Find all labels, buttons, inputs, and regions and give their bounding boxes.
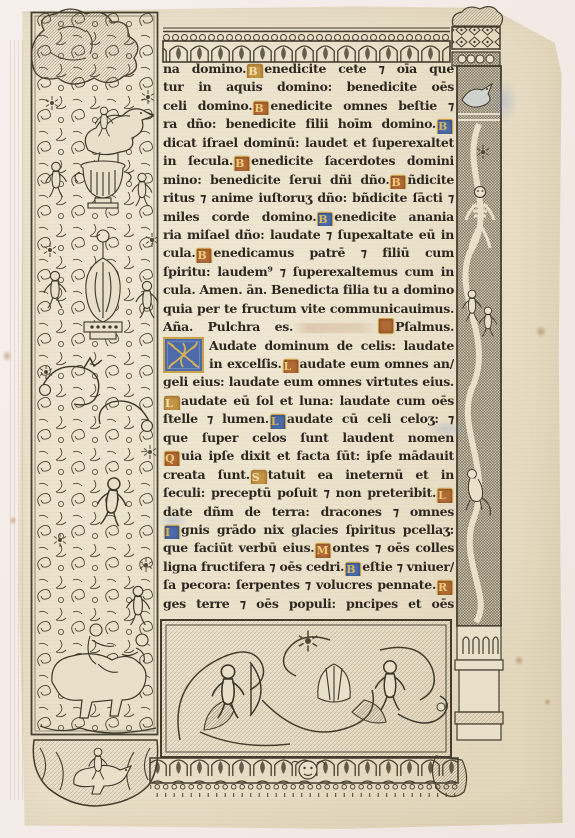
gothic-text: Audate dominum de celis: laudate euʒ: [209, 338, 454, 355]
gothic-text: que faciūt verbū eius.: [163, 540, 314, 555]
text-line-20: ſtelle ⁊ lumen.Laudate cū celi celoʒ: ⁊ …: [163, 410, 454, 428]
text-line-15: Aña. Pulchra es.Pſalmus.: [163, 318, 454, 336]
illuminated-initial: L: [271, 415, 285, 428]
gothic-text: audate eū ſol et luna: laudate cum oēs: [181, 393, 454, 408]
text-line-23: creata ſunt.Statuit ea ineternū et in ſe…: [163, 466, 454, 484]
gothic-text: geli eius: laudate eum omnes virtutes ei…: [163, 374, 454, 389]
illuminated-initial: L: [284, 360, 298, 373]
gothic-text: miles corde domino.: [163, 209, 316, 224]
text-line-19: Laudate eū ſol et luna: laudate cum oēs: [163, 392, 454, 410]
gothic-text: uia ipſe dixit et facta ſūt: ipſe mādaui…: [163, 448, 454, 465]
text-block: na domino.Benedicite cete ⁊ oīa que moue…: [163, 60, 454, 613]
illuminated-initial: B: [438, 120, 452, 133]
illuminated-initial: R: [438, 581, 452, 594]
text-line-6: in ſecula.Benedicite ſacerdotes domini d…: [163, 152, 454, 170]
text-line-5: dicat iſrael dominū: laudet et ſuperexal…: [163, 134, 454, 152]
gothic-text: na domino.: [163, 61, 246, 76]
text-line-24: ſeculi: preceptū poſuit ⁊ non preteribit…: [163, 484, 454, 502]
bottom-panel-woodcut: [161, 620, 451, 757]
gothic-text: ges terre ⁊ oēs populi: pncipes et oēs i…: [163, 596, 454, 613]
text-line-26: Ignis grādo nix glacies ſpiritus pcellaʒ…: [163, 521, 454, 539]
gothic-text: in ſecula.: [163, 153, 233, 168]
text-line-30: ges terre ⁊ oēs populi: pncipes et oēs i…: [163, 595, 454, 613]
text-line-1: na domino.Benedicite cete ⁊ oīa que moue…: [163, 60, 454, 78]
text-line-17: in excelſis.Laudate eum omnes an/: [163, 355, 454, 373]
gothic-text: Aña. Pulchra es.: [163, 319, 293, 334]
gothic-text: quia per te fructum vite communicauimus.: [163, 301, 454, 316]
illuminated-initial: B: [235, 157, 249, 170]
gothic-text: ligna fructifera ⁊ oēs cedri.: [163, 559, 344, 574]
illuminated-initial: B: [391, 176, 405, 189]
illuminated-initial: L: [438, 489, 452, 502]
gothic-text: ſa pecora: ſerpentes ⁊ volucres pennate.: [163, 577, 436, 592]
gothic-text: Pſalmus.: [395, 319, 454, 334]
show-through-smudge: [293, 323, 377, 333]
text-line-3: celi domino.Benedicite omnes beſtie ⁊ pe…: [163, 97, 454, 115]
gothic-text: ontes ⁊ oēs colles: [332, 540, 454, 555]
text-line-28: ligna fructifera ⁊ oēs cedri.Beſtie ⁊ vn…: [163, 558, 454, 576]
corner-ornament-block: [452, 7, 503, 66]
gothic-text: audate eum omnes an/: [300, 356, 455, 371]
gothic-text: celi domino.: [163, 98, 252, 113]
text-line-11: cula.Benedicamus patrē ⁊ filiū cum ſanct…: [163, 244, 454, 262]
text-line-14: quia per te fructum vite communicauimus.: [163, 300, 454, 318]
gothic-text: ſtelle ⁊ lumen.: [163, 411, 269, 426]
arcade-pedestal: [455, 626, 503, 740]
illuminated-initial: B: [346, 563, 360, 576]
illuminated-initial: [379, 319, 393, 334]
illuminated-initial: S: [252, 471, 266, 484]
corner-cartouche: [33, 740, 157, 806]
illuminated-initial: I: [165, 526, 179, 539]
big-initial-L: [163, 337, 204, 373]
illuminated-initial: B: [254, 102, 268, 115]
illuminated-initial: Q: [165, 452, 179, 465]
text-line-25: date dñm de terra: dracones ⁊ omnes abyſ…: [163, 503, 454, 521]
gothic-text: eſtie ⁊ vniuer/: [362, 559, 454, 574]
left-border-woodcut: [32, 9, 159, 735]
gothic-text: ſeculi: preceptū poſuit ⁊ non preteribit…: [163, 485, 436, 500]
acanthus-crest: [452, 7, 502, 26]
gothic-text: date dñm de terra: dracones ⁊ omnes abyſ…: [163, 504, 454, 521]
gothic-text: dicat iſrael dominū: laudet et ſuperexal…: [163, 135, 454, 152]
text-line-18: geli eius: laudate eum omnes virtutes ei…: [163, 373, 454, 391]
illuminated-initial: L: [165, 397, 179, 410]
gothic-text: que ſuper celos ſunt laudent nomen domin…: [163, 430, 454, 447]
right-border-woodcut: [455, 66, 503, 740]
gothic-text: ra dño: benedicite filii hoīm domino.: [163, 116, 436, 131]
gothic-text: cula.: [163, 245, 195, 260]
gothic-text: tur in aquis domino: benedicite oēs volu…: [163, 79, 454, 96]
illuminated-initial: B: [248, 65, 262, 78]
gothic-text: ſpiritu: laudem⁹ ⁊ ſuperexaltemus cum in…: [163, 264, 454, 281]
gothic-text: ria miſael dño: laudate ⁊ ſupexaltate eū…: [163, 227, 454, 244]
text-line-27: que faciūt verbū eius.Montes ⁊ oēs colle…: [163, 539, 454, 557]
gothic-text: gnis grādo nix glacies ſpiritus pcellaʒ:: [181, 522, 454, 537]
illuminated-initial: M: [316, 544, 330, 557]
top-frieze-woodcut: [163, 28, 450, 62]
text-line-29: ſa pecora: ſerpentes ⁊ volucres pennate.…: [163, 576, 454, 594]
text-line-13: cula. Amen. ān. Benedicta filia tu a dom…: [163, 281, 454, 299]
illuminated-initial: B: [197, 249, 211, 262]
text-line-4: ra dño: benedicite filii hoīm domino.Ben…: [163, 115, 454, 133]
text-line-21: que ſuper celos ſunt laudent nomen domin…: [163, 429, 454, 447]
text-line-10: ria miſael dño: laudate ⁊ ſupexaltate eū…: [163, 226, 454, 244]
text-line-9: miles corde domino.Benedicite anania aʒa: [163, 208, 454, 226]
gothic-text: creata ſunt.: [163, 467, 250, 482]
gothic-text: cula. Amen. ān. Benedicta filia tu a dom…: [163, 282, 454, 297]
text-line-16: Audate dominum de celis: laudate euʒ: [163, 337, 454, 355]
gothic-text: in excelſis.: [209, 356, 282, 371]
text-line-22: Quia ipſe dixit et facta ſūt: ipſe mādau…: [163, 447, 454, 465]
text-line-7: mino: benedicite ſerui dñi dño.Bñdicite …: [163, 171, 454, 189]
text-line-2: tur in aquis domino: benedicite oēs volu…: [163, 78, 454, 96]
gothic-text: mino: benedicite ſerui dñi dño.: [163, 172, 389, 187]
gothic-text: ritus ⁊ anime iuſtoruʒ dño: bñdicite ſāc…: [163, 190, 454, 207]
illuminated-initial: B: [318, 213, 332, 226]
text-line-12: ſpiritu: laudem⁹ ⁊ ſuperexaltemus cum in…: [163, 263, 454, 281]
text-line-8: ritus ⁊ anime iuſtoruʒ dño: bñdicite ſāc…: [163, 189, 454, 207]
